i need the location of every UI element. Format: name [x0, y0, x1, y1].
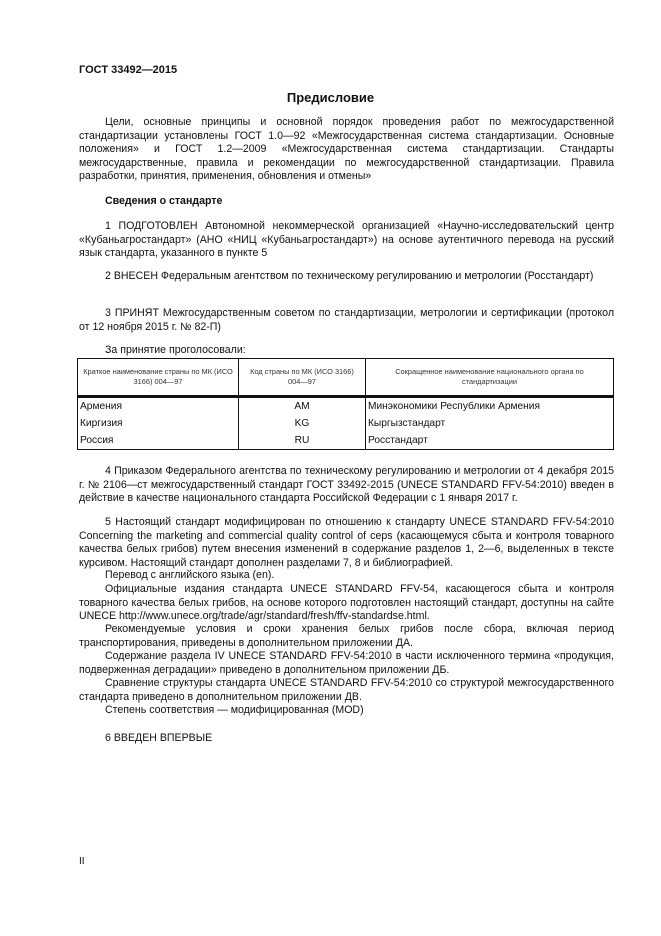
info-heading: Сведения о стандарте [79, 195, 614, 209]
item-5: 5 Настоящий стандарт модифицирован по от… [79, 516, 614, 570]
item-3: 3 ПРИНЯТ Межгосударственным советом по с… [79, 307, 614, 334]
table-header-country: Краткое наименование страны по МК (ИСО 3… [78, 359, 239, 397]
item-6: 6 ВВЕДЕН ВПЕРВЫЕ [79, 732, 614, 746]
item-5-comparison: Сравнение структуры стандарта UNECE STAN… [79, 677, 614, 704]
cell-body: Минэкономики Республики Армения [366, 397, 614, 416]
table-row: Армения AM Минэкономики Республики Армен… [78, 397, 614, 416]
item-5-official-editions: Официальные издания стандарта UNECE STAN… [79, 583, 614, 624]
table-header-row: Краткое наименование страны по МК (ИСО 3… [78, 359, 614, 397]
page-number: II [79, 856, 85, 867]
item-5-conformity: Степень соответствия — модифицированная … [79, 704, 614, 718]
document-header-id: ГОСТ 33492—2015 [79, 64, 177, 76]
item-4: 4 Приказом Федерального агентства по тех… [79, 465, 614, 506]
item-2: 2 ВНЕСЕН Федеральным агентством по техни… [79, 270, 614, 284]
cell-country: Россия [78, 432, 239, 450]
voted-label: За принятие проголосовали: [79, 344, 614, 358]
intro-paragraph: Цели, основные принципы и основной поряд… [79, 116, 614, 184]
cell-code: RU [239, 432, 366, 450]
cell-body: Росстандарт [366, 432, 614, 450]
voting-table: Краткое наименование страны по МК (ИСО 3… [77, 358, 614, 450]
table-header-body: Сокращенное наименование национального о… [366, 359, 614, 397]
cell-country: Армения [78, 397, 239, 416]
table-header-code: Код страны по МК (ИСО 3166) 004—97 [239, 359, 366, 397]
item-5-section-iv: Содержание раздела IV UNECE STANDARD FFV… [79, 650, 614, 677]
cell-code: AM [239, 397, 366, 416]
item-5-translation: Перевод с английского языка (en). [79, 569, 614, 583]
cell-country: Киргизия [78, 415, 239, 432]
item-5-storage: Рекомендуемые условия и сроки хранения б… [79, 623, 614, 650]
item-1: 1 ПОДГОТОВЛЕН Автономной некоммерческой … [79, 220, 614, 261]
table-row: Киргизия KG Кыргызстандарт [78, 415, 614, 432]
cell-body: Кыргызстандарт [366, 415, 614, 432]
cell-code: KG [239, 415, 366, 432]
table-row: Россия RU Росстандарт [78, 432, 614, 450]
page-title: Предисловие [0, 90, 661, 105]
